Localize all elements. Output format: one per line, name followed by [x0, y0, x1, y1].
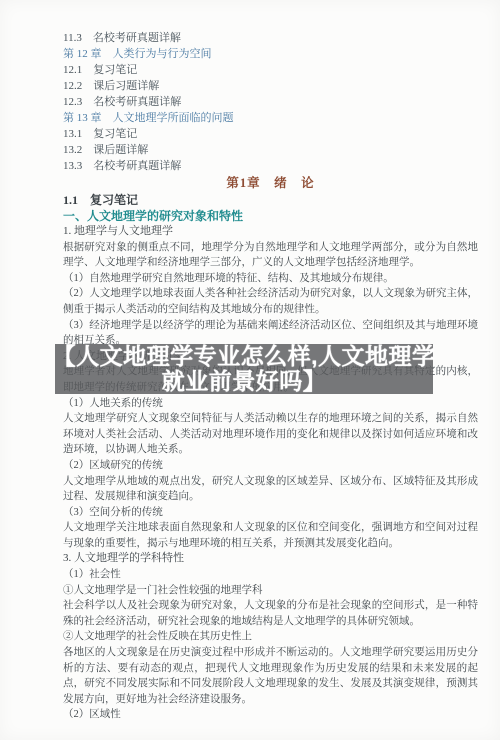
- paragraph: 人文地理学从地域的观点出发，研究人文现象的区域差异、区域分布、区域特征及其形成过…: [63, 474, 478, 505]
- watermark-line-1: 【人文地理学专业怎么样,人文地理学: [53, 344, 436, 369]
- paragraph: 社会科学以人及社会现象为研究对象，人文现象的分布是社会现象的空间形式，是一种特殊…: [63, 598, 478, 629]
- paragraph: 各地区的人文现象是在历史演变过程中形成并不断运动的。人文地理学研究要运用历史分析…: [63, 645, 478, 707]
- table-of-contents: 11.3 名校考研真题详解第 12 章 人类行为与行为空间12.1 复习笔记12…: [63, 30, 478, 174]
- paragraph: （2）区域性: [63, 707, 478, 723]
- paragraph: （3）空间分析的传统: [63, 505, 478, 521]
- toc-item-link[interactable]: 13.3 名校考研真题详解: [63, 158, 478, 174]
- paragraph: 人文地理学关注地球表面自然现象和人文现象的区位和空间变化，强调地方和空间对过程与…: [63, 520, 478, 551]
- paragraph: ①人文地理学是一门社会性较强的地理学科: [63, 583, 478, 599]
- toc-item-link[interactable]: 12.1 复习笔记: [63, 62, 478, 78]
- body-text: 1. 地理学与人文地理学根据研究对象的侧重点不同，地理学分为自然地理学和人文地理…: [63, 224, 478, 723]
- ebook-page: 11.3 名校考研真题详解第 12 章 人类行为与行为空间12.1 复习笔记12…: [0, 0, 500, 740]
- toc-chapter-link[interactable]: 第 13 章 人文地理学所面临的问题: [63, 110, 478, 126]
- paragraph: 3. 人文地理学的学科特性: [63, 551, 478, 567]
- paragraph: （1）社会性: [63, 567, 478, 583]
- watermark-line-2: 就业前景好吗】: [162, 369, 327, 394]
- paragraph: 人文地理学研究人文现象空间特征与人类活动赖以生存的地理环境之间的关系，揭示自然环…: [63, 411, 478, 458]
- paragraph: ②人文地理学的社会性反映在其历史性上: [63, 629, 478, 645]
- paragraph: （1）自然地理学研究自然地理环境的特征、结构、及其地域分布规律。: [63, 271, 478, 287]
- paragraph: （1）人地关系的传统: [63, 396, 478, 412]
- toc-item-link[interactable]: 12.3 名校考研真题详解: [63, 94, 478, 110]
- section-title: 1.1 复习笔记: [63, 192, 478, 208]
- toc-item-link[interactable]: 13.2 课后题详解: [63, 142, 478, 158]
- paragraph: 根据研究对象的侧重点不同，地理学分为自然地理学和人文地理学两部分，或分为自然地理…: [63, 240, 478, 271]
- watermark-overlay: 【人文地理学专业怎么样,人文地理学 就业前景好吗】: [55, 344, 433, 394]
- toc-item-link[interactable]: 11.3 名校考研真题详解: [63, 30, 478, 46]
- paragraph: 1. 地理学与人文地理学: [63, 224, 478, 240]
- topic-title: 一、人文地理学的研究对象和特性: [63, 208, 478, 224]
- toc-chapter-link[interactable]: 第 12 章 人类行为与行为空间: [63, 46, 478, 62]
- paragraph: （2）区域研究的传统: [63, 458, 478, 474]
- toc-item-link[interactable]: 12.2 课后习题详解: [63, 78, 478, 94]
- chapter-title: 第1章 绪 论: [63, 174, 478, 192]
- toc-item-link[interactable]: 13.1 复习笔记: [63, 126, 478, 142]
- paragraph: （2）人文地理学以地球表面人类各种社会经济活动为研究对象，以人文现象为研究主体，…: [63, 286, 478, 317]
